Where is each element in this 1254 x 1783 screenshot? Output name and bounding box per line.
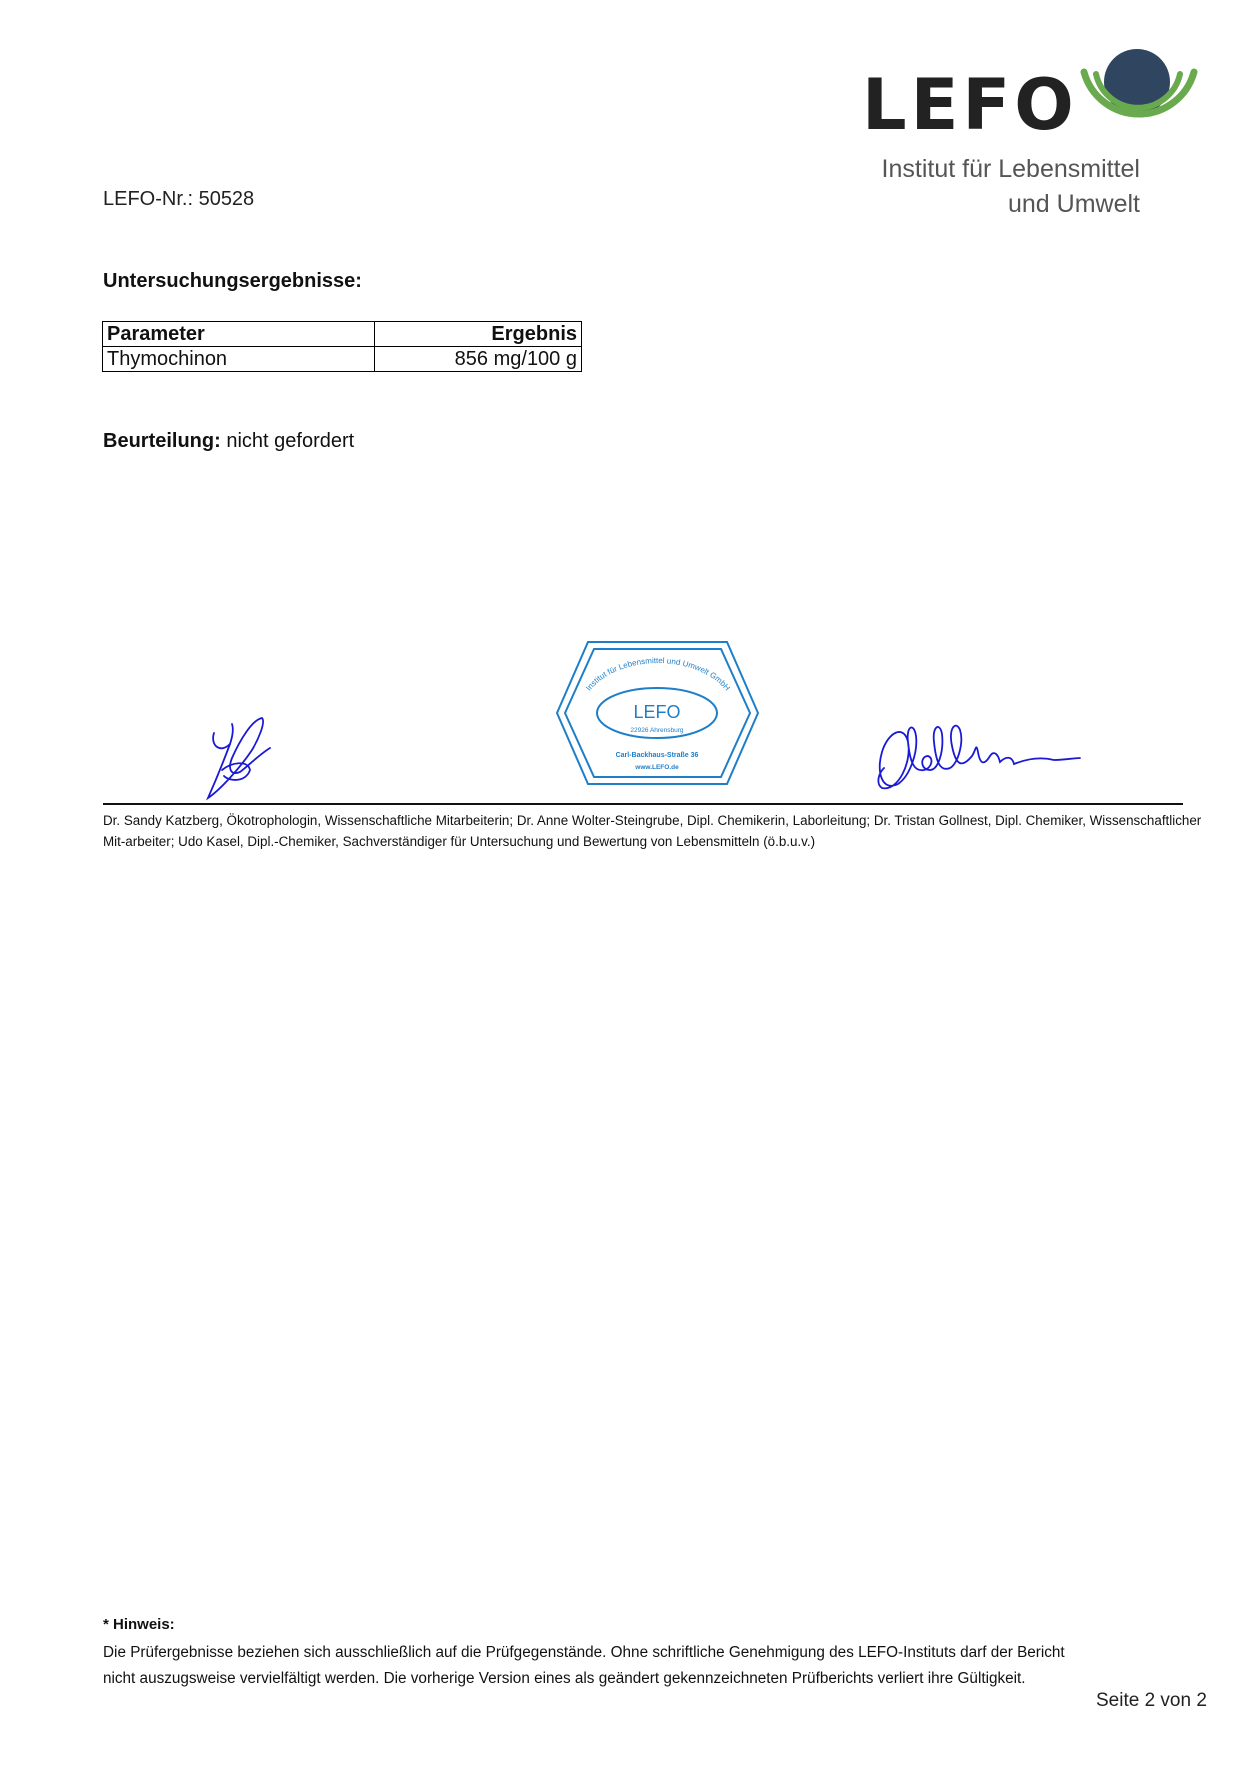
note-text: Die Prüfergebnisse beziehen sich ausschl… <box>103 1640 1083 1692</box>
column-header-result: Ergebnis <box>375 322 582 347</box>
logo-mark-icon <box>1076 44 1206 144</box>
note-line-1: Die Prüfergebnisse beziehen sich ausschl… <box>103 1640 1083 1666</box>
note-line-2: nicht auszugsweise vervielfältigt werden… <box>103 1666 1083 1692</box>
results-table: Parameter Ergebnis Thymochinon 856 mg/10… <box>102 321 582 372</box>
page-number: Seite 2 von 2 <box>1096 1690 1207 1712</box>
note-title: * Hinweis: <box>103 1616 175 1633</box>
column-header-parameter: Parameter <box>103 322 375 347</box>
cell-parameter: Thymochinon <box>103 347 375 372</box>
stamp-street: Carl-Backhaus-Straße 36 <box>616 752 699 759</box>
signature-divider <box>103 803 1183 805</box>
assessment-value: nicht gefordert <box>221 430 354 452</box>
table-row: Thymochinon 856 mg/100 g <box>103 347 582 372</box>
assessment-label: Beurteilung: <box>103 430 221 452</box>
logo-wordmark: LEFO <box>862 70 1078 140</box>
signature-1-icon <box>200 710 280 805</box>
stamp-city: 22926 Ahrensburg <box>630 727 684 734</box>
table-header-row: Parameter Ergebnis <box>103 322 582 347</box>
staff-list: Dr. Sandy Katzberg, Ökotrophologin, Wiss… <box>103 810 1213 852</box>
stamp-web: www.LEFO.de <box>634 764 679 771</box>
results-title: Untersuchungsergebnisse: <box>103 270 362 293</box>
logo-tagline-line2: und Umwelt <box>1008 187 1140 221</box>
cell-result: 856 mg/100 g <box>375 347 582 372</box>
lefo-number: LEFO-Nr.: 50528 <box>103 188 254 211</box>
signature-2-icon <box>868 712 1098 792</box>
logo-tagline-line1: Institut für Lebensmittel <box>882 152 1140 186</box>
stamp-name: LEFO <box>633 702 680 722</box>
assessment: Beurteilung: nicht gefordert <box>103 430 354 453</box>
company-stamp: Institut für Lebensmittel und Umwelt Gmb… <box>555 640 760 786</box>
